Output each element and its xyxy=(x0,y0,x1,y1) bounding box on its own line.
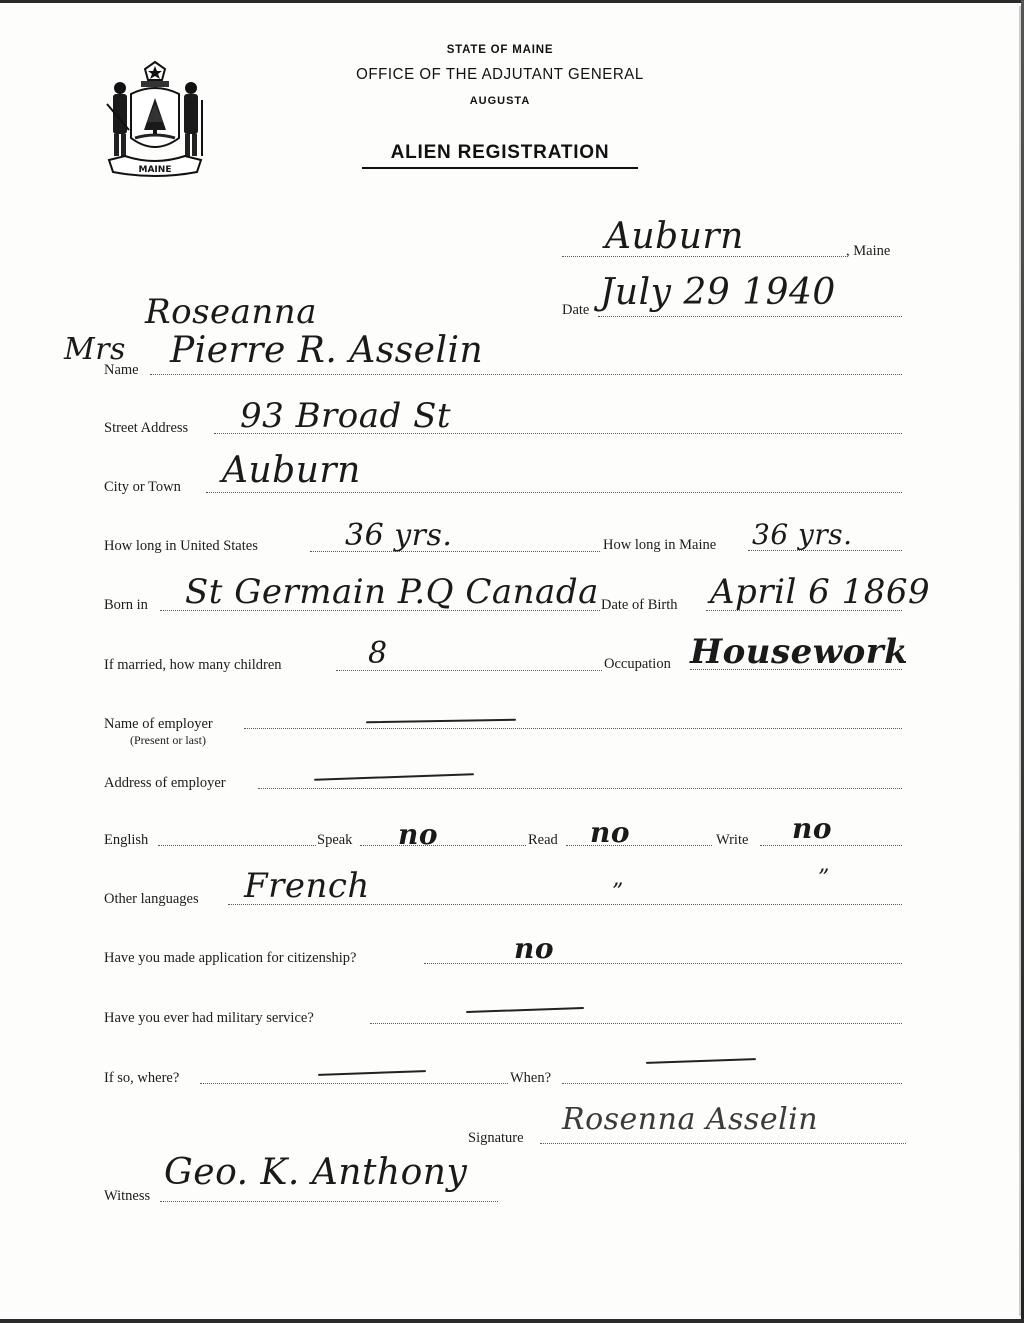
read-label: Read xyxy=(528,832,558,849)
witness-value: Geo. K. Anthony xyxy=(164,1152,467,1193)
date-label: Date xyxy=(562,302,589,319)
how-long-maine-value: 36 yrs. xyxy=(752,518,853,551)
name-label: Name xyxy=(104,362,139,379)
children-label: If married, how many children xyxy=(104,657,282,674)
employer-name-label: Name of employer xyxy=(104,716,213,733)
citizenship-line xyxy=(424,963,902,964)
occupation-label: Occupation xyxy=(604,656,671,673)
other-languages-label: Other languages xyxy=(104,891,199,908)
children-value: 8 xyxy=(368,636,388,671)
occupation-value: Housework xyxy=(690,632,908,672)
read-line xyxy=(566,845,712,846)
how-long-maine-label: How long in Maine xyxy=(603,537,716,554)
write-line xyxy=(760,845,902,846)
city-value: Auburn xyxy=(222,450,361,491)
header-state: STATE OF MAINE xyxy=(330,44,670,56)
speak-line xyxy=(360,845,526,846)
street-address-label: Street Address xyxy=(104,420,188,437)
where-label: If so, where? xyxy=(104,1070,179,1087)
location-value: Auburn xyxy=(605,216,744,257)
speak-label: Speak xyxy=(317,832,352,849)
other-languages-ditto-1: ” xyxy=(612,880,624,905)
header-city: AUGUSTA xyxy=(330,95,670,107)
page-edge-shadow xyxy=(1019,6,1021,1316)
other-languages-value: French xyxy=(244,866,370,906)
page-title: ALIEN REGISTRATION xyxy=(362,142,638,169)
how-long-us-label: How long in United States xyxy=(104,538,258,555)
date-line xyxy=(598,316,902,317)
date-of-birth-label: Date of Birth xyxy=(601,597,678,614)
page-edge-top xyxy=(0,0,1024,3)
write-value: no xyxy=(792,812,832,845)
city-line xyxy=(206,492,902,493)
header-office: OFFICE OF THE ADJUTANT GENERAL xyxy=(340,66,660,84)
signature-label: Signature xyxy=(468,1130,524,1147)
citizenship-value: no xyxy=(514,932,554,965)
when-label: When? xyxy=(510,1070,551,1087)
page-edge-bottom xyxy=(0,1319,1024,1323)
employer-address-label: Address of employer xyxy=(104,775,226,792)
military-label: Have you ever had military service? xyxy=(104,1010,314,1027)
date-value: July 29 1940 xyxy=(600,272,836,313)
military-line xyxy=(370,1023,902,1024)
name-value: Pierre R. Asselin xyxy=(170,330,483,371)
english-line xyxy=(158,845,316,846)
employer-name-line xyxy=(244,728,902,729)
write-label: Write xyxy=(716,832,748,849)
location-suffix: , Maine xyxy=(846,243,890,260)
when-dash xyxy=(646,1058,756,1064)
other-languages-ditto-2: ” xyxy=(818,866,830,891)
english-label: English xyxy=(104,832,148,849)
name-above-value: Roseanna xyxy=(145,292,317,332)
date-of-birth-value: April 6 1869 xyxy=(710,572,930,612)
city-label: City or Town xyxy=(104,479,181,496)
employer-address-dash xyxy=(314,773,474,781)
employer-name-sublabel: (Present or last) xyxy=(130,733,206,748)
how-long-us-value: 36 yrs. xyxy=(345,518,452,553)
employer-address-line xyxy=(258,788,902,789)
born-in-value: St Germain P.Q Canada xyxy=(185,572,599,612)
maine-state-seal-icon: MAINE xyxy=(103,60,208,180)
signature-line xyxy=(540,1143,906,1144)
signature-value: Rosenna Asselin xyxy=(562,1102,818,1137)
street-address-value: 93 Broad St xyxy=(240,396,451,436)
citizenship-label: Have you made application for citizenshi… xyxy=(104,950,356,967)
military-dash xyxy=(466,1007,584,1013)
when-line xyxy=(562,1083,902,1084)
witness-label: Witness xyxy=(104,1188,150,1205)
name-line xyxy=(150,374,902,375)
read-value: no xyxy=(590,816,630,849)
witness-line xyxy=(160,1201,498,1202)
speak-value: no xyxy=(398,818,438,851)
where-dash xyxy=(318,1070,426,1076)
where-line xyxy=(200,1083,508,1084)
svg-text:MAINE: MAINE xyxy=(139,165,172,175)
employer-name-dash xyxy=(366,719,516,724)
born-in-label: Born in xyxy=(104,597,148,614)
